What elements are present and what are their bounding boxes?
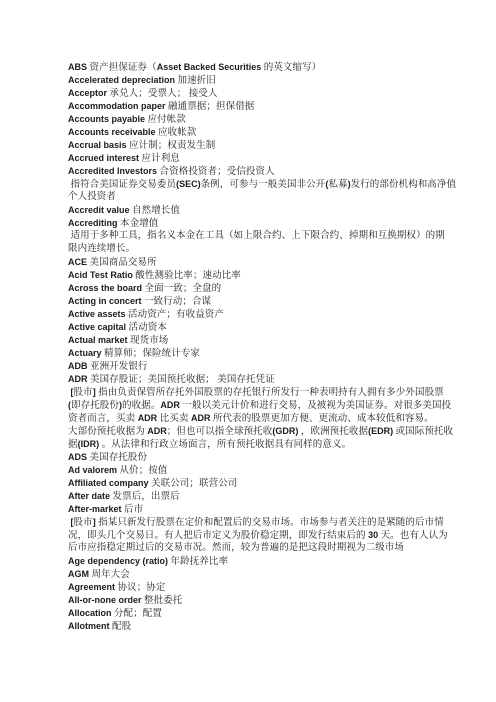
latin-text: ACE — [68, 257, 87, 267]
glossary-line: Accommodation paper 融通票据；担保借据 — [68, 100, 456, 113]
glossary-line: After-market 后市 — [68, 503, 456, 516]
latin-text: (SEC) — [176, 179, 201, 189]
glossary-line: ADB 亚洲开发银行 — [68, 360, 456, 373]
latin-text: ] — [93, 517, 96, 527]
latin-text: in — [98, 296, 106, 306]
latin-text: Active — [68, 322, 95, 332]
glossary-line: Accrued interest 应计利息 — [68, 152, 456, 165]
latin-text: assets — [98, 309, 126, 319]
latin-text: Allotment — [68, 621, 110, 631]
latin-text: board — [117, 283, 142, 293]
latin-text: company — [109, 478, 149, 488]
latin-text: market — [98, 335, 128, 345]
glossary-line: 资者而言，买卖 ADR 比买卖 ADR 所代表的股票更加方便、更流动、成本较低和… — [68, 412, 456, 425]
latin-text: [ — [70, 387, 73, 397]
latin-text: Acid — [68, 270, 88, 280]
glossary-line: Acceptor 承兑人；受票人； 接受人 — [68, 87, 456, 100]
glossary-line: After date 发票后，出票后 — [68, 490, 456, 503]
latin-text: AGM — [68, 569, 89, 579]
latin-text: Active — [68, 309, 95, 319]
glossary-line: [股市] 指某只新发行股票在定价和配置后的交易市场。市场参与者关注的是紧随的后市… — [68, 516, 456, 529]
latin-text: ADS — [68, 452, 87, 462]
latin-text: After-market — [68, 504, 122, 514]
latin-text: payable — [112, 114, 146, 124]
latin-text: (EDR) — [368, 426, 393, 436]
glossary-line: Allocation 分配；配置 — [68, 607, 456, 620]
latin-text: depreciation — [122, 75, 176, 85]
latin-text: ADB — [68, 361, 88, 371]
glossary-line: Agreement 协议；协定 — [68, 581, 456, 594]
latin-text: dependency — [88, 556, 141, 566]
glossary-line: 大部份预托收据为 ADR；但也可以指全球预托收(GDR) ，欧洲预托收据(EDR… — [68, 425, 456, 438]
latin-text: All-or-none — [68, 595, 116, 605]
glossary-line: Actuary 精算师；保险统计专家 — [68, 347, 456, 360]
latin-text: ABS — [68, 62, 87, 72]
glossary-line: Active capital 活动资本 — [68, 321, 456, 334]
latin-text: ADR — [68, 374, 88, 384]
latin-text: Asset — [157, 62, 182, 72]
latin-text: Across — [68, 283, 99, 293]
latin-text: Agreement — [68, 582, 115, 592]
latin-text: basis — [104, 140, 127, 150]
glossary-line: Acid Test Ratio 酸性测验比率；速动比率 — [68, 269, 456, 282]
glossary-line: All-or-none order 整批委托 — [68, 594, 456, 607]
latin-text: (ratio) — [143, 556, 169, 566]
glossary-line: Accredit value 自然增长值 — [68, 204, 456, 217]
latin-text: interest — [107, 153, 140, 163]
glossary-line: Age dependency (ratio) 年龄抚养比率 — [68, 555, 456, 568]
latin-text: Ratio — [110, 270, 133, 280]
latin-text: ( — [68, 400, 71, 410]
glossary-line: 指符合美国证券交易委员(SEC)条例，可参与一般美国非公开(私募)发行的部份机构… — [68, 178, 456, 191]
glossary-line: Across the board 全面一致；全盘的 — [68, 282, 456, 295]
latin-text: Accommodation — [68, 101, 139, 111]
glossary-line: Acting in concert 一致行动；合谋 — [68, 295, 456, 308]
latin-text: date — [92, 491, 111, 501]
latin-text: ADR — [191, 413, 211, 423]
latin-text: ADR — [160, 400, 180, 410]
latin-text: Accounts — [68, 114, 109, 124]
latin-text: ] — [93, 387, 96, 397]
latin-text: the — [101, 283, 115, 293]
latin-text: Accounts — [68, 127, 109, 137]
glossary-line: ABS 资产担保证券（Asset Backed Securities 的英文缩写… — [68, 61, 456, 74]
glossary-line: ADR 美国存股证；美国预托收据； 美国存托凭证 — [68, 373, 456, 386]
glossary-line: 适用于多种工具，指名义本金在工具（如上限合约、上下限合约、掉期和互换期权）的期 — [68, 230, 456, 243]
glossary-line: Ad valorem 从价；按值 — [68, 464, 456, 477]
latin-text: Accelerated — [68, 75, 119, 85]
glossary-line: Accounts receivable 应收帐款 — [68, 126, 456, 139]
latin-text: (IDR) — [78, 439, 100, 449]
glossary-line: [股市] 指由负责保管所存托外国股票的存托银行所发行一种表明持有人拥有多少外国股… — [68, 386, 456, 399]
glossary-line: Active assets 活动资产；有收益资产 — [68, 308, 456, 321]
latin-text: ) — [348, 179, 351, 189]
glossary-line: Actual market 现货市场 — [68, 334, 456, 347]
latin-text: Test — [90, 270, 108, 280]
latin-text: Affiliated — [68, 478, 107, 488]
latin-text: 30 — [368, 530, 378, 540]
latin-text: receivable — [112, 127, 156, 137]
glossary-line: 据(IDR) 。从法律和行政立场面言，所有预托收据具有同样的意义。 — [68, 438, 456, 451]
latin-text: Actuary — [68, 348, 102, 358]
latin-text: Actual — [68, 335, 96, 345]
glossary-line: Accounts payable 应付帐款 — [68, 113, 456, 126]
latin-text: Securities — [218, 62, 261, 72]
glossary-line: 况，即头几个交易日。有人把后市定义为股价稳定期，即发行结束后的 30 天。也有人… — [68, 529, 456, 542]
glossary-line: Accrediting 本金增值 — [68, 217, 456, 230]
latin-text: Investors — [117, 166, 157, 176]
latin-text: Backed — [184, 62, 216, 72]
glossary-line: 后市应指稳定期过后的交易市况。然而，较为普遍的是把这段时期视为二级市场 — [68, 542, 456, 555]
latin-text: capital — [98, 322, 127, 332]
latin-text: Accredit — [68, 205, 104, 215]
latin-text: Accrediting — [68, 218, 118, 228]
glossary-line: AGM 周年大会 — [68, 568, 456, 581]
latin-text: ADR — [138, 413, 158, 423]
latin-text: Accredited — [68, 166, 115, 176]
glossary-line: Allotment 配股 — [68, 620, 456, 633]
document-page: ABS 资产担保证券（Asset Backed Securities 的英文缩写… — [0, 0, 496, 702]
glossary-line: Affiliated company 关联公司；联营公司 — [68, 477, 456, 490]
latin-text: ) — [119, 400, 122, 410]
latin-text: Ad — [68, 465, 80, 475]
glossary-line: ACE 美国商品交易所 — [68, 256, 456, 269]
latin-text: valorem — [82, 465, 117, 475]
latin-text: [ — [70, 517, 73, 527]
latin-text: Acceptor — [68, 88, 107, 98]
latin-text: value — [107, 205, 130, 215]
glossary-line: Accelerated depreciation 加速折旧 — [68, 74, 456, 87]
glossary-text: ABS 资产担保证券（Asset Backed Securities 的英文缩写… — [68, 61, 456, 633]
latin-text: Accrual — [68, 140, 101, 150]
latin-text: Allocation — [68, 608, 112, 618]
glossary-line: Accredited Investors 合资格投资者；受信投资人 — [68, 165, 456, 178]
glossary-line: ADS 美国存托股份 — [68, 451, 456, 464]
glossary-line: 限内连续增长。 — [68, 243, 456, 256]
glossary-line: (即存托股份)的收据。ADR 一般以美元计价和进行交易，及被视为美国证券。对很多… — [68, 399, 456, 412]
latin-text: Acting — [68, 296, 96, 306]
latin-text: ADR — [147, 426, 167, 436]
latin-text: concert — [109, 296, 142, 306]
latin-text: After — [68, 491, 89, 501]
glossary-line: Accrual basis 应计制；权责发生制 — [68, 139, 456, 152]
latin-text: (GDR) — [272, 426, 298, 436]
latin-text: order — [118, 595, 141, 605]
glossary-line: 个人投资者 — [68, 191, 456, 204]
latin-text: paper — [141, 101, 166, 111]
latin-text: Age — [68, 556, 85, 566]
latin-text: ( — [325, 179, 328, 189]
latin-text: Accrued — [68, 153, 104, 163]
